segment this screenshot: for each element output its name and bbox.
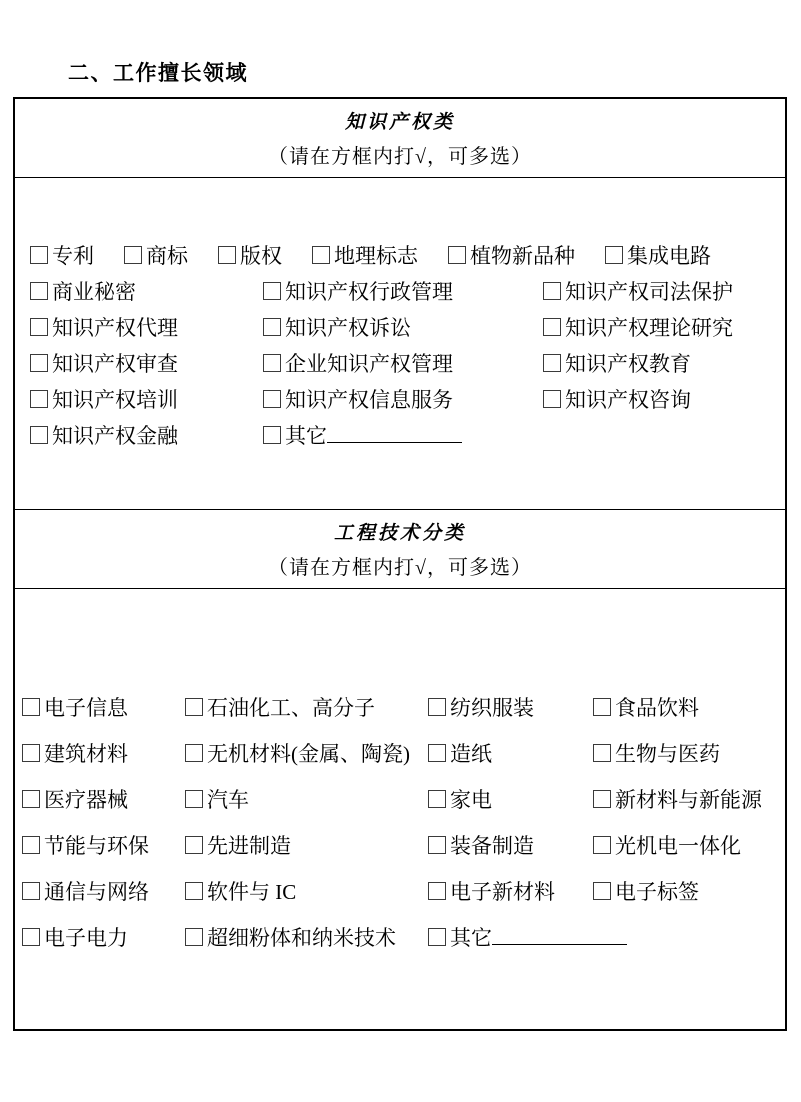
checkbox-label: 纺织服装 [450, 696, 534, 720]
checkbox-label: 建筑材料 [44, 742, 128, 766]
checkbox-icon[interactable] [185, 836, 203, 854]
section-body-engineering: 电子信息石油化工、高分子纺织服装食品饮料建筑材料无机材料(金属、陶瓷)造纸生物与… [15, 589, 785, 1030]
checkbox-option[interactable]: 知识产权金融 [30, 418, 263, 454]
checkbox-option[interactable]: 超细粉体和纳米技术 [185, 915, 428, 961]
checkbox-label: 光机电一体化 [615, 834, 741, 858]
checkbox-icon[interactable] [428, 698, 446, 716]
checkbox-label: 食品饮料 [615, 696, 699, 720]
checkbox-icon[interactable] [30, 282, 48, 300]
fill-in-blank[interactable] [492, 923, 627, 945]
checkbox-label: 知识产权教育 [565, 352, 691, 376]
checkbox-label: 电子电力 [44, 926, 128, 950]
checkbox-label: 商业秘密 [52, 280, 136, 304]
checkbox-label: 知识产权司法保护 [565, 280, 733, 304]
checkbox-icon[interactable] [185, 790, 203, 808]
checkbox-option[interactable]: 纺织服装 [428, 685, 593, 731]
checkbox-label: 知识产权代理 [52, 316, 178, 340]
checkbox-option[interactable]: 商业秘密 [30, 274, 263, 310]
checkbox-icon[interactable] [263, 426, 281, 444]
checkbox-row: 知识产权代理知识产权诉讼知识产权理论研究 [30, 310, 777, 346]
checkbox-label: 先进制造 [207, 834, 291, 858]
checkbox-label: 知识产权诉讼 [285, 316, 411, 340]
checkbox-option[interactable]: 光机电一体化 [593, 823, 781, 869]
specialty-form-table: 知识产权类 （请在方框内打√，可多选） 专利商标版权地理标志植物新品种集成电路商… [13, 97, 787, 1031]
checkbox-option[interactable]: 生物与医药 [593, 731, 781, 777]
checkbox-row: 节能与环保先进制造装备制造光机电一体化 [22, 823, 781, 869]
checkbox-option[interactable]: 节能与环保 [22, 823, 185, 869]
checkbox-label: 知识产权金融 [52, 424, 178, 448]
checkbox-label: 装备制造 [450, 834, 534, 858]
checkbox-icon[interactable] [428, 744, 446, 762]
page-title: 二、工作擅长领域 [68, 57, 248, 87]
checkbox-option[interactable]: 软件与 IC [185, 869, 428, 915]
checkbox-icon[interactable] [543, 354, 561, 372]
checkbox-icon[interactable] [185, 744, 203, 762]
section-body-ip: 专利商标版权地理标志植物新品种集成电路商业秘密知识产权行政管理知识产权司法保护知… [15, 178, 785, 510]
checkbox-icon[interactable] [593, 744, 611, 762]
checkbox-option[interactable]: 知识产权理论研究 [543, 310, 777, 346]
checkbox-option[interactable]: 知识产权代理 [30, 310, 263, 346]
checkbox-icon[interactable] [263, 282, 281, 300]
checkbox-icon[interactable] [593, 836, 611, 854]
checkbox-icon[interactable] [543, 390, 561, 408]
checkbox-label: 通信与网络 [44, 880, 149, 904]
checkbox-option[interactable]: 知识产权教育 [543, 346, 777, 382]
checkbox-label: 地理标志 [334, 244, 418, 268]
checkbox-label: 知识产权理论研究 [565, 316, 733, 340]
checkbox-option[interactable]: 电子新材料 [428, 869, 593, 915]
checkbox-option[interactable]: 新材料与新能源 [593, 777, 781, 823]
checkbox-option[interactable]: 无机材料(金属、陶瓷) [185, 731, 428, 777]
checkbox-row: 电子电力超细粉体和纳米技术其它 [22, 915, 781, 961]
checkbox-option[interactable]: 其它 [263, 418, 543, 454]
checkbox-icon[interactable] [428, 790, 446, 808]
checkbox-label: 超细粉体和纳米技术 [207, 926, 396, 950]
checkbox-label: 知识产权培训 [52, 388, 178, 412]
checkbox-label: 石油化工、高分子 [207, 696, 375, 720]
checkbox-icon[interactable] [22, 836, 40, 854]
checkbox-row: 医疗器械汽车家电新材料与新能源 [22, 777, 781, 823]
checkbox-option[interactable]: 造纸 [428, 731, 593, 777]
checkbox-label: 企业知识产权管理 [285, 352, 453, 376]
checkbox-option[interactable]: 石油化工、高分子 [185, 685, 428, 731]
checkbox-label: 无机材料(金属、陶瓷) [207, 742, 410, 766]
checkbox-row: 商业秘密知识产权行政管理知识产权司法保护 [30, 274, 777, 310]
checkbox-label: 电子标签 [615, 880, 699, 904]
checkbox-icon[interactable] [30, 318, 48, 336]
checkbox-icon[interactable] [428, 836, 446, 854]
section-note-ip: （请在方框内打√，可多选） [15, 139, 785, 175]
checkbox-icon[interactable] [312, 246, 330, 264]
checkbox-option[interactable]: 电子标签 [593, 869, 781, 915]
checkbox-row: 建筑材料无机材料(金属、陶瓷)造纸生物与医药 [22, 731, 781, 777]
checkbox-icon[interactable] [22, 928, 40, 946]
checkbox-icon[interactable] [22, 744, 40, 762]
checkbox-option[interactable]: 集成电路 [605, 238, 711, 274]
section-title-engineering: 工程技术分类 [15, 518, 785, 550]
checkbox-option[interactable]: 建筑材料 [22, 731, 185, 777]
checkbox-icon[interactable] [593, 882, 611, 900]
checkbox-label: 商标 [146, 244, 188, 268]
checkbox-row: 知识产权培训知识产权信息服务知识产权咨询 [30, 382, 777, 418]
checkbox-label: 专利 [52, 244, 94, 268]
checkbox-label: 知识产权咨询 [565, 388, 691, 412]
checkbox-option[interactable]: 地理标志 [312, 238, 418, 274]
checkbox-icon[interactable] [30, 354, 48, 372]
checkbox-icon[interactable] [218, 246, 236, 264]
section-note-engineering: （请在方框内打√，可多选） [15, 550, 785, 586]
checkbox-row: 专利商标版权地理标志植物新品种集成电路 [30, 238, 777, 274]
checkbox-icon[interactable] [185, 698, 203, 716]
checkbox-option[interactable]: 企业知识产权管理 [263, 346, 543, 382]
checkbox-option[interactable]: 电子信息 [22, 685, 185, 731]
checkbox-label: 知识产权行政管理 [285, 280, 453, 304]
checkbox-row: 通信与网络软件与 IC电子新材料电子标签 [22, 869, 781, 915]
checkbox-label: 知识产权审查 [52, 352, 178, 376]
checkbox-icon[interactable] [448, 246, 466, 264]
checkbox-label: 其它 [285, 424, 327, 448]
checkbox-option[interactable]: 知识产权审查 [30, 346, 263, 382]
checkbox-option[interactable]: 电子电力 [22, 915, 185, 961]
checkbox-row: 知识产权金融其它 [30, 418, 777, 454]
checkbox-row: 电子信息石油化工、高分子纺织服装食品饮料 [22, 685, 781, 731]
checkbox-label: 集成电路 [627, 244, 711, 268]
checkbox-icon[interactable] [428, 928, 446, 946]
checkbox-icon[interactable] [605, 246, 623, 264]
checkbox-icon[interactable] [22, 882, 40, 900]
checkbox-icon[interactable] [543, 318, 561, 336]
checkbox-option[interactable]: 知识产权行政管理 [263, 274, 543, 310]
checkbox-option[interactable]: 医疗器械 [22, 777, 185, 823]
checkbox-icon[interactable] [30, 246, 48, 264]
checkbox-option[interactable]: 其它 [428, 915, 593, 961]
checkbox-label: 家电 [450, 788, 492, 812]
checkbox-label: 知识产权信息服务 [285, 388, 453, 412]
checkbox-option[interactable]: 专利 [30, 238, 94, 274]
checkbox-option[interactable]: 家电 [428, 777, 593, 823]
fill-in-blank[interactable] [327, 421, 462, 443]
checkbox-icon[interactable] [22, 790, 40, 808]
checkbox-icon[interactable] [593, 790, 611, 808]
checkbox-label: 医疗器械 [44, 788, 128, 812]
checkbox-option[interactable]: 知识产权诉讼 [263, 310, 543, 346]
checkbox-option[interactable]: 知识产权培训 [30, 382, 263, 418]
checkbox-icon[interactable] [124, 246, 142, 264]
checkbox-option[interactable]: 食品饮料 [593, 685, 781, 731]
checkbox-icon[interactable] [428, 882, 446, 900]
checkbox-icon[interactable] [22, 698, 40, 716]
checkbox-icon[interactable] [593, 698, 611, 716]
checkbox-label: 造纸 [450, 742, 492, 766]
checkbox-row: 知识产权审查企业知识产权管理知识产权教育 [30, 346, 777, 382]
checkbox-option[interactable]: 知识产权司法保护 [543, 274, 777, 310]
section-header-ip: 知识产权类 （请在方框内打√，可多选） [15, 99, 785, 178]
checkbox-label: 版权 [240, 244, 282, 268]
checkbox-option[interactable]: 知识产权咨询 [543, 382, 777, 418]
checkbox-label: 生物与医药 [615, 742, 720, 766]
checkbox-icon[interactable] [30, 390, 48, 408]
section-header-engineering: 工程技术分类 （请在方框内打√，可多选） [15, 510, 785, 589]
document-page: 二、工作擅长领域 知识产权类 （请在方框内打√，可多选） 专利商标版权地理标志植… [0, 0, 801, 1102]
checkbox-option[interactable]: 商标 [124, 238, 188, 274]
checkbox-label: 其它 [450, 926, 492, 950]
checkbox-icon[interactable] [185, 882, 203, 900]
checkbox-icon[interactable] [543, 282, 561, 300]
checkbox-icon[interactable] [185, 928, 203, 946]
checkbox-label: 电子信息 [44, 696, 128, 720]
checkbox-option[interactable]: 汽车 [185, 777, 428, 823]
checkbox-label: 软件与 IC [207, 880, 296, 904]
checkbox-option[interactable]: 植物新品种 [448, 238, 575, 274]
checkbox-icon[interactable] [263, 390, 281, 408]
checkbox-icon[interactable] [30, 426, 48, 444]
checkbox-icon[interactable] [263, 354, 281, 372]
checkbox-option[interactable]: 装备制造 [428, 823, 593, 869]
checkbox-label: 汽车 [207, 788, 249, 812]
section-title-ip: 知识产权类 [15, 107, 785, 139]
checkbox-option[interactable]: 知识产权信息服务 [263, 382, 543, 418]
checkbox-option[interactable]: 通信与网络 [22, 869, 185, 915]
checkbox-label: 新材料与新能源 [615, 788, 762, 812]
checkbox-option[interactable]: 版权 [218, 238, 282, 274]
checkbox-option[interactable]: 先进制造 [185, 823, 428, 869]
checkbox-icon[interactable] [263, 318, 281, 336]
checkbox-label: 植物新品种 [470, 244, 575, 268]
checkbox-label: 电子新材料 [450, 880, 555, 904]
checkbox-label: 节能与环保 [44, 834, 149, 858]
